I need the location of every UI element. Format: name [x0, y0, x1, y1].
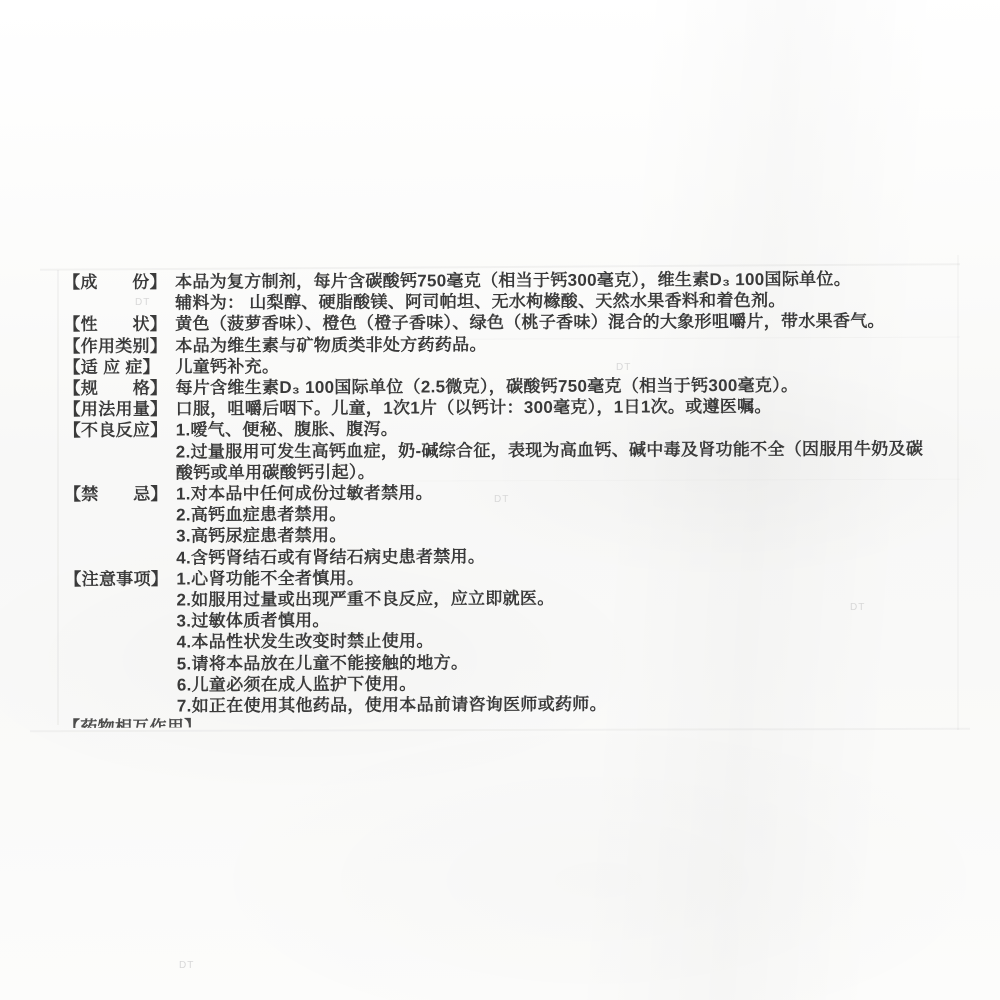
- paper-fold: [30, 728, 970, 732]
- drug-insert-text-block: 【成 份】本品为复方制剂，每片含碳酸钙750毫克（相当于钙300毫克），维生素D…: [63, 268, 957, 717]
- section-label: [64, 611, 176, 633]
- section-label: 【规 格】: [63, 378, 175, 400]
- section-label: 【作用类别】: [63, 335, 175, 357]
- section-label: [64, 441, 176, 463]
- section-label: 【适 应 症】: [63, 356, 175, 378]
- section-label: [64, 547, 176, 569]
- paper-edge-shadow: [57, 270, 59, 725]
- section-label: [64, 462, 176, 484]
- section-label: [63, 293, 175, 315]
- section-label: [64, 526, 176, 548]
- section-label: [65, 696, 177, 718]
- section-label: [64, 505, 176, 527]
- paper-edge-shadow: [957, 255, 959, 730]
- section-label: 【禁 忌】: [64, 484, 176, 506]
- section-label: 【性 状】: [63, 314, 175, 336]
- section-label: [65, 674, 177, 696]
- section-label: 【不良反应】: [64, 420, 176, 442]
- section-text: [175, 713, 955, 728]
- section-label: 【成 份】: [63, 272, 175, 294]
- section-label: [64, 590, 176, 612]
- paper-sheet: DT DT DT DT DT 【成 份】本品为复方制剂，每片含碳酸钙750毫克（…: [0, 0, 1000, 1000]
- section-label: [65, 632, 177, 654]
- section-label: [65, 653, 177, 675]
- section-label: 【注意事项】: [64, 568, 176, 590]
- section-label: 【用法用量】: [64, 399, 176, 421]
- section-label-drug-interactions: 【药物相互作用】: [63, 717, 175, 728]
- dt-watermark: DT: [179, 960, 194, 971]
